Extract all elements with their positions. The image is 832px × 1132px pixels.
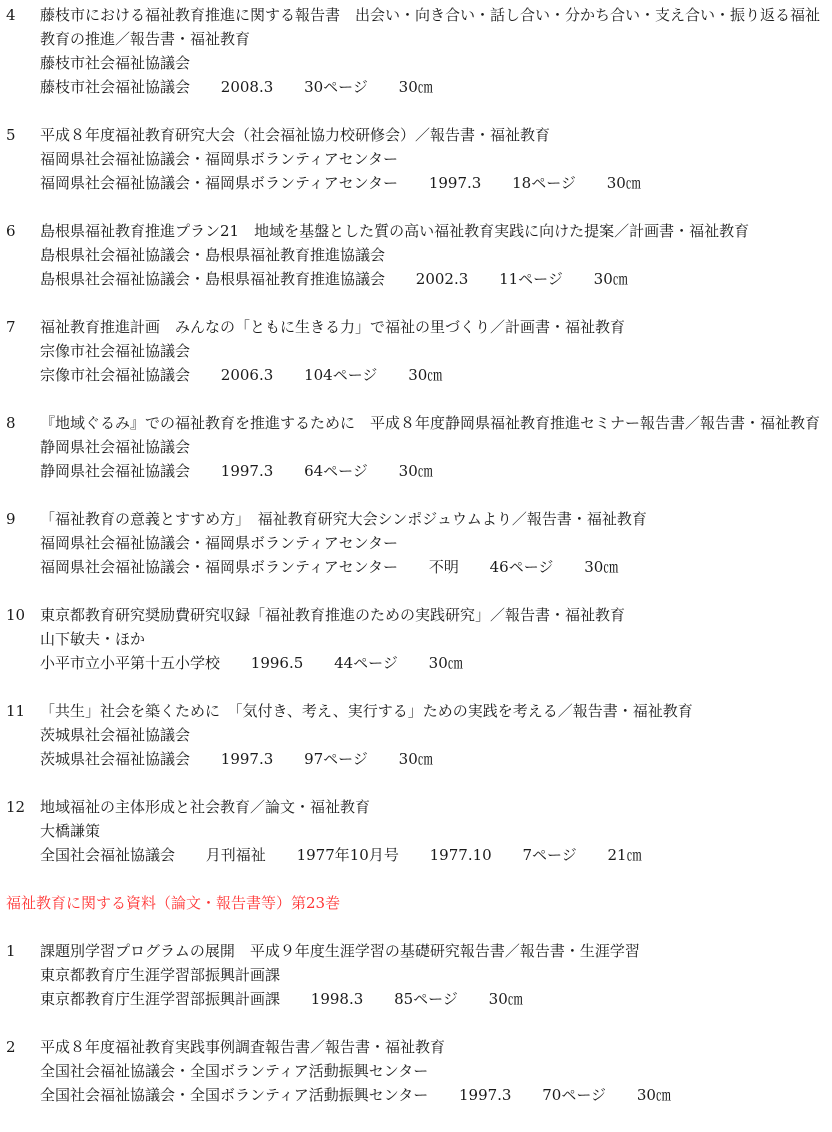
entry-number: 4 — [6, 3, 36, 27]
date: 1996.5 — [251, 654, 304, 672]
entry-author: 山下敏夫・ほか — [40, 627, 832, 651]
entry-publication-info: 茨城県社会福祉協議会 1997.3 97ページ 30㎝ — [40, 747, 832, 771]
date: 1977.10 — [430, 846, 492, 864]
date: 2006.3 — [221, 366, 274, 384]
entry-author: 宗像市社会福祉協議会 — [40, 339, 832, 363]
entry-publication-info: 宗像市社会福祉協議会 2006.3 104ページ 30㎝ — [40, 363, 832, 387]
date: 1997.3 — [459, 1086, 512, 1104]
entry-publication-info: 小平市立小平第十五小学校 1996.5 44ページ 30㎝ — [40, 651, 832, 675]
entry-number: 12 — [6, 795, 36, 819]
entry-publication-info: 全国社会福祉協議会 月刊福祉 1977年10月号 1977.10 7ページ 21… — [40, 843, 832, 867]
date: 2002.3 — [416, 270, 469, 288]
pages: 44ページ — [334, 654, 398, 672]
list-item: 8 『地域ぐるみ』での福祉教育を推進するために 平成８年度静岡県福祉教育推進セミ… — [0, 411, 832, 483]
publisher: 静岡県社会福祉協議会 — [40, 462, 190, 480]
entry-publication-info: 藤枝市社会福祉協議会 2008.3 30ページ 30㎝ — [40, 75, 832, 99]
list-item: 7 福祉教育推進計画 みんなの「ともに生きる力」で福祉の里づくり／計画書・福祉教… — [0, 315, 832, 387]
entry-number: 11 — [6, 699, 36, 723]
document-page: 4 藤枝市における福祉教育推進に関する報告書 出会い・向き合い・話し合い・分かち… — [0, 3, 832, 1131]
entry-author: 藤枝市社会福祉協議会 — [40, 51, 832, 75]
pages: 97ページ — [304, 750, 368, 768]
list-item: 4 藤枝市における福祉教育推進に関する報告書 出会い・向き合い・話し合い・分かち… — [0, 3, 832, 99]
entry-author: 島根県社会福祉協議会・島根県福祉教育推進協議会 — [40, 243, 832, 267]
entry-publication-info: 静岡県社会福祉協議会 1997.3 64ページ 30㎝ — [40, 459, 832, 483]
size: 30㎝ — [399, 78, 433, 96]
date: 不明 — [429, 558, 459, 576]
list-item: 5 平成８年度福祉教育研究大会（社会福祉協力校研修会）／報告書・福祉教育 福岡県… — [0, 123, 832, 195]
section-heading: 福祉教育に関する資料（論文・報告書等）第23巻 — [0, 891, 832, 915]
publisher: 全国社会福祉協議会 — [40, 846, 175, 864]
list-item: 6 島根県福祉教育推進プラン21 地域を基盤とした質の高い福祉教育実践に向けた提… — [0, 219, 832, 291]
size: 30㎝ — [584, 558, 618, 576]
pages: 30ページ — [304, 78, 368, 96]
size: 30㎝ — [607, 174, 641, 192]
list-item: 11 「共生」社会を築くために 「気付き、考え、実行する」ための実践を考える／報… — [0, 699, 832, 771]
list-item: 1 課題別学習プログラムの展開 平成９年度生涯学習の基礎研究報告書／報告書・生涯… — [0, 939, 832, 1011]
size: 21㎝ — [607, 846, 641, 864]
pages: 104ページ — [304, 366, 377, 384]
date: 1997.3 — [221, 462, 274, 480]
entry-author: 福岡県社会福祉協議会・福岡県ボランティアセンター — [40, 531, 832, 555]
issue: 1977年10月号 — [297, 846, 399, 864]
pages: 64ページ — [304, 462, 368, 480]
pages: 18ページ — [512, 174, 576, 192]
publisher: 全国社会福祉協議会・全国ボランティア活動振興センター — [40, 1086, 428, 1104]
entry-title: 地域福祉の主体形成と社会教育／論文・福祉教育 — [40, 795, 825, 819]
entry-publication-info: 全国社会福祉協議会・全国ボランティア活動振興センター 1997.3 70ページ … — [40, 1083, 832, 1107]
pages: 85ページ — [394, 990, 458, 1008]
publisher: 小平市立小平第十五小学校 — [40, 654, 220, 672]
publisher: 福岡県社会福祉協議会・福岡県ボランティアセンター — [40, 558, 398, 576]
entry-author: 大橋謙策 — [40, 819, 832, 843]
date: 1998.3 — [311, 990, 364, 1008]
publisher: 宗像市社会福祉協議会 — [40, 366, 190, 384]
date: 1997.3 — [429, 174, 482, 192]
entry-title: 藤枝市における福祉教育推進に関する報告書 出会い・向き合い・話し合い・分かち合い… — [40, 3, 825, 51]
entry-author: 東京都教育庁生涯学習部振興計画課 — [40, 963, 832, 987]
list-item: 12 地域福祉の主体形成と社会教育／論文・福祉教育 大橋謙策 全国社会福祉協議会… — [0, 795, 832, 867]
entry-author: 福岡県社会福祉協議会・福岡県ボランティアセンター — [40, 147, 832, 171]
entry-number: 10 — [6, 603, 36, 627]
date: 2008.3 — [221, 78, 274, 96]
entry-author: 茨城県社会福祉協議会 — [40, 723, 832, 747]
publisher: 茨城県社会福祉協議会 — [40, 750, 190, 768]
pages: 11ページ — [499, 270, 563, 288]
entry-number: 7 — [6, 315, 36, 339]
entry-number: 5 — [6, 123, 36, 147]
entry-number: 8 — [6, 411, 36, 435]
pages: 7ページ — [522, 846, 576, 864]
journal: 月刊福祉 — [206, 846, 266, 864]
list-item: 10 東京都教育研究奨励費研究収録「福祉教育推進のための実践研究」／報告書・福祉… — [0, 603, 832, 675]
publisher: 藤枝市社会福祉協議会 — [40, 78, 190, 96]
publisher: 福岡県社会福祉協議会・福岡県ボランティアセンター — [40, 174, 398, 192]
size: 30㎝ — [637, 1086, 671, 1104]
date: 1997.3 — [221, 750, 274, 768]
entry-number: 2 — [6, 1035, 36, 1059]
entry-publication-info: 福岡県社会福祉協議会・福岡県ボランティアセンター 1997.3 18ページ 30… — [40, 171, 832, 195]
size: 30㎝ — [489, 990, 523, 1008]
entry-number: 9 — [6, 507, 36, 531]
entry-number: 1 — [6, 939, 36, 963]
entry-number: 6 — [6, 219, 36, 243]
size: 30㎝ — [594, 270, 628, 288]
list-item: 2 平成８年度福祉教育実践事例調査報告書／報告書・福祉教育 全国社会福祉協議会・… — [0, 1035, 832, 1107]
entry-title: 島根県福祉教育推進プラン21 地域を基盤とした質の高い福祉教育実践に向けた提案／… — [40, 219, 825, 243]
entry-publication-info: 福岡県社会福祉協議会・福岡県ボランティアセンター 不明 46ページ 30㎝ — [40, 555, 832, 579]
entry-title: 課題別学習プログラムの展開 平成９年度生涯学習の基礎研究報告書／報告書・生涯学習 — [40, 939, 825, 963]
entry-title: 「共生」社会を築くために 「気付き、考え、実行する」ための実践を考える／報告書・… — [40, 699, 825, 723]
pages: 46ページ — [490, 558, 554, 576]
size: 30㎝ — [408, 366, 442, 384]
entry-publication-info: 東京都教育庁生涯学習部振興計画課 1998.3 85ページ 30㎝ — [40, 987, 832, 1011]
entry-title: 『地域ぐるみ』での福祉教育を推進するために 平成８年度静岡県福祉教育推進セミナー… — [40, 411, 825, 435]
size: 30㎝ — [429, 654, 463, 672]
entry-title: 「福祉教育の意義とすすめ方」 福祉教育研究大会シンポジュウムより／報告書・福祉教… — [40, 507, 825, 531]
list-item: 9 「福祉教育の意義とすすめ方」 福祉教育研究大会シンポジュウムより／報告書・福… — [0, 507, 832, 579]
entry-author: 全国社会福祉協議会・全国ボランティア活動振興センター — [40, 1059, 832, 1083]
entry-title: 平成８年度福祉教育実践事例調査報告書／報告書・福祉教育 — [40, 1035, 825, 1059]
publisher: 島根県社会福祉協議会・島根県福祉教育推進協議会 — [40, 270, 385, 288]
entry-author: 静岡県社会福祉協議会 — [40, 435, 832, 459]
entry-publication-info: 島根県社会福祉協議会・島根県福祉教育推進協議会 2002.3 11ページ 30㎝ — [40, 267, 832, 291]
pages: 70ページ — [542, 1086, 606, 1104]
publisher: 東京都教育庁生涯学習部振興計画課 — [40, 990, 280, 1008]
entry-title: 平成８年度福祉教育研究大会（社会福祉協力校研修会）／報告書・福祉教育 — [40, 123, 825, 147]
size: 30㎝ — [399, 750, 433, 768]
entry-title: 福祉教育推進計画 みんなの「ともに生きる力」で福祉の里づくり／計画書・福祉教育 — [40, 315, 825, 339]
size: 30㎝ — [399, 462, 433, 480]
entry-title: 東京都教育研究奨励費研究収録「福祉教育推進のための実践研究」／報告書・福祉教育 — [40, 603, 825, 627]
